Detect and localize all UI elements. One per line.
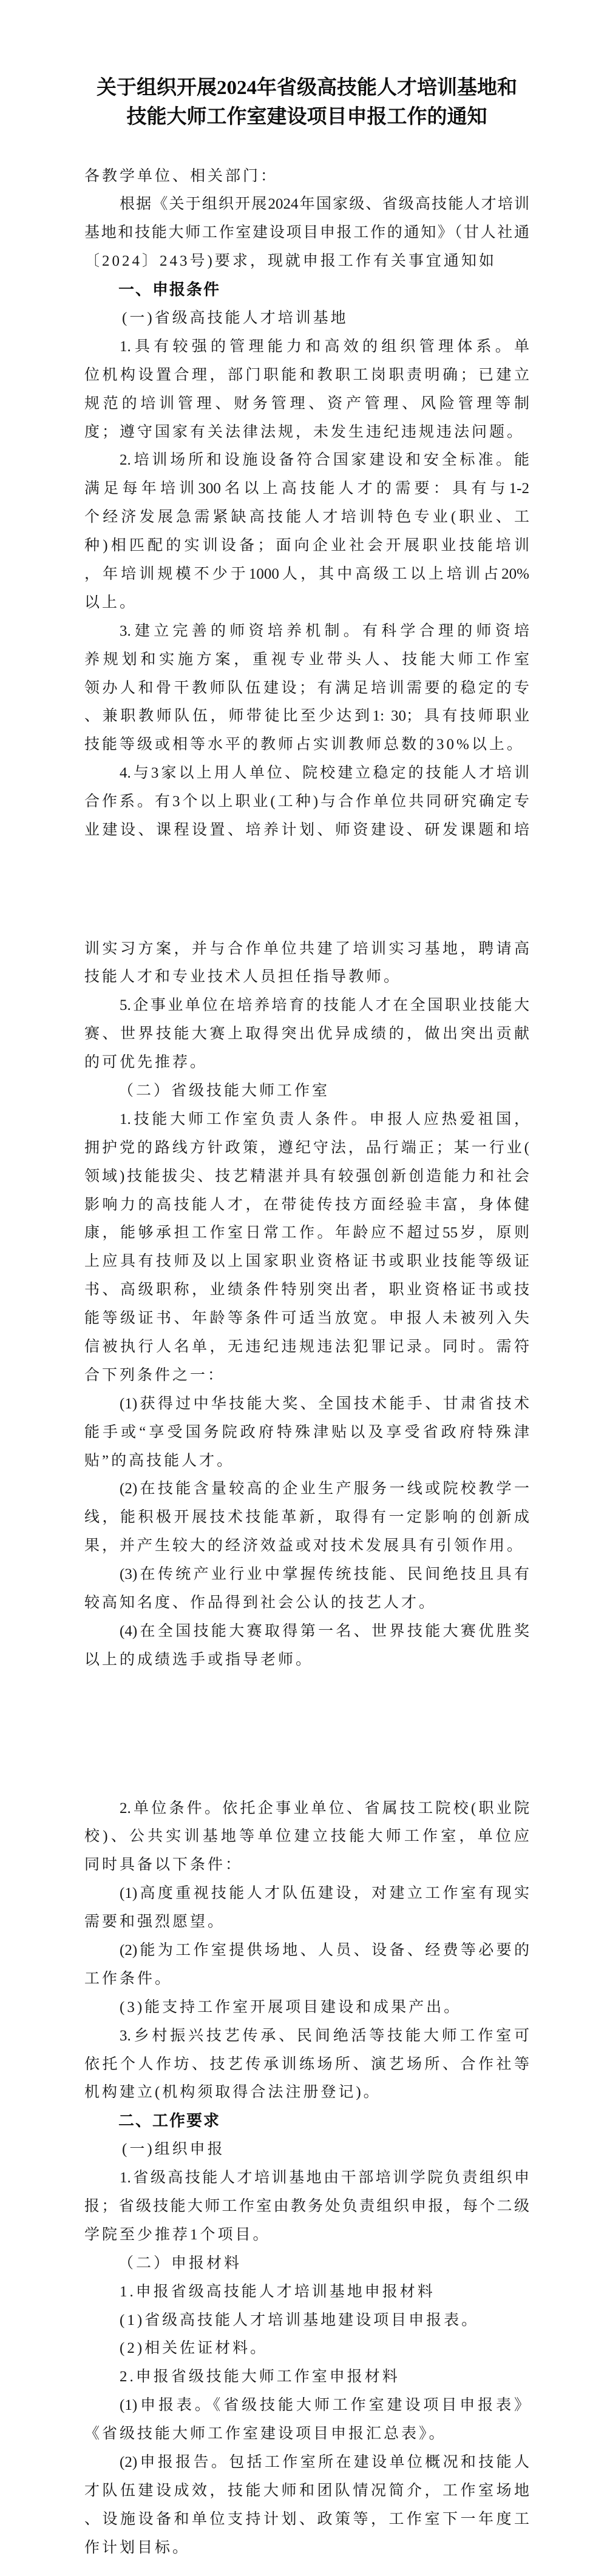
text-line: 《省级技能大师工作室建设项目申报汇总表》。: [84, 2420, 529, 2449]
document-title: 关于组织开展2024年省级高技能人才培训基地和 技能大师工作室建设项目申报工作的…: [84, 73, 529, 132]
text-line: 〔2024〕243号)要求，现就申报工作有关事宜通知如下：: [84, 247, 529, 276]
salutation: 各教学单位、相关部门：: [84, 163, 529, 191]
paragraph-continued: 训实习方案，并与合作单位共建了培训实习基地，聘请高 技能人才和专业技术人员担任指…: [84, 935, 529, 992]
text-line: 校)、公共实训基地等单位建立技能大师工作室，单位应: [84, 1823, 529, 1851]
text-line: 领域)技能拔尖、技艺精湛并具有较强创新创造能力和社会: [84, 1163, 529, 1191]
paragraph: 3.乡村振兴技艺传承、民间绝活等技能大师工作室可 依托个人作坊、技艺传承训练场所…: [84, 2022, 529, 2108]
title-line: 技能大师工作室建设项目申报工作的通知: [84, 103, 529, 132]
text-line: 能手或“享受国务院政府特殊津贴以及享受省政府特殊津: [84, 1419, 529, 1447]
paragraph: 1.技能大师工作室负责人条件。申报人应热爱祖国， 拥护党的路线方针政策，遵纪守法…: [84, 1106, 529, 1390]
subsection-heading: （二）省级技能大师工作室: [84, 1077, 529, 1106]
text-line: 度；遵守国家有关法律法规，未发生违纪违规违法问题。: [84, 419, 529, 447]
text-line: ，年培训规模不少于1000人，其中高级工以上培训占20%: [84, 560, 529, 589]
text-line: 贴”的高技能人才。: [84, 1447, 529, 1476]
page-2: 训实习方案，并与合作单位共建了培训实习基地，聘请高 技能人才和专业技术人员担任指…: [84, 935, 529, 1675]
text-line: 较高知名度、作品得到社会公认的技艺人才。: [84, 1589, 529, 1618]
condition-item: (4)在全国技能大赛取得第一名、世界技能大赛优胜奖 以上的成绩选手或指导老师。: [84, 1618, 529, 1675]
text-line: 5.企事业单位在培养培育的技能人才在全国职业技能大: [84, 992, 529, 1020]
text-line: 领办人和骨干教师队伍建设；有满足培训需要的稳定的专: [84, 674, 529, 703]
text-line: 3.乡村振兴技艺传承、民间绝活等技能大师工作室可: [84, 2022, 529, 2051]
text-line: 2.培训场所和设施设备符合国家建设和安全标准。能: [84, 446, 529, 475]
text-line: 1.技能大师工作室负责人条件。申报人应热爱祖国，: [84, 1106, 529, 1134]
text-line: 技能人才和专业技术人员担任指导教师。: [84, 963, 529, 992]
condition-item: (1)高度重视技能人才队伍建设，对建立工作室有现实 需要和强烈愿望。: [84, 1880, 529, 1937]
text-line: 训实习方案，并与合作单位共建了培训实习基地，聘请高: [84, 935, 529, 964]
document-image: 关于组织开展2024年省级高技能人才培训基地和 技能大师工作室建设项目申报工作的…: [0, 0, 607, 2576]
paragraph: 4.与3家以上用人单位、院校建立稳定的技能人才培训 合作系。有3个以上职业(工种…: [84, 759, 529, 845]
text-line: 1.具有较强的管理能力和高效的组织管理体系。单: [84, 333, 529, 362]
text-line: 以上。: [84, 589, 529, 617]
text-line: 业建设、课程设置、培养计划、师资建设、研发课题和培: [84, 816, 529, 845]
intro-paragraph: 根据《关于组织开展2024年国家级、省级高技能人才培训 基地和技能大师工作室建设…: [84, 190, 529, 276]
section-heading: 一、申报条件: [84, 276, 529, 304]
text-line: 个经济发展急需紧缺高技能人才培训特色专业(职业、工: [84, 503, 529, 532]
text-line: 合作系。有3个以上职业(工种)与合作单位共同研究确定专: [84, 788, 529, 816]
text-line: 作计划目标。: [84, 2534, 529, 2563]
text-line: (4)在全国技能大赛取得第一名、世界技能大赛优胜奖: [84, 1618, 529, 1646]
text-line: 需要和强烈愿望。: [84, 1908, 529, 1937]
text-line: 报；省级技能大师工作室由教务处负责组织申报，每个二级: [84, 2193, 529, 2221]
text-line: 种)相匹配的实训设备；面向企业社会开展职业技能培训: [84, 532, 529, 560]
text-line: (1)获得过中华技能大奖、全国技术能手、甘肃省技术: [84, 1390, 529, 1419]
text-line: 基地和技能大师工作室建设项目申报工作的通知》（甘人社通: [84, 219, 529, 247]
text-line: (2)能为工作室提供场地、人员、设备、经费等必要的: [84, 1937, 529, 1965]
text-line: 拥护党的路线方针政策，遵纪守法，品行端正；某一行业(: [84, 1134, 529, 1163]
text-line: (2)申报报告。包括工作室所在建设单位概况和技能人: [84, 2449, 529, 2477]
text-line: 技能等级或相等水平的教师占实训教师总数的30%以上。: [84, 731, 529, 759]
condition-item: (2)能为工作室提供场地、人员、设备、经费等必要的 工作条件。: [84, 1937, 529, 1994]
text-line: (1)省级高技能人才培训基地建设项目申报表。: [84, 2307, 529, 2335]
section-heading: 二、工作要求: [84, 2107, 529, 2136]
text-line: 能等级证书、年龄等条件可适当放宽。申报人未被列入失: [84, 1305, 529, 1333]
paragraph: 5.企事业单位在培养培育的技能人才在全国职业技能大 赛、世界技能大赛上取得突出优…: [84, 992, 529, 1077]
text-line: 2.单位条件。依托企事业单位、省属技工院校(职业院: [84, 1795, 529, 1823]
text-line: 合下列条件之一：: [84, 1362, 529, 1390]
text-line: 养规划和实施方案，重视专业带头人、技能大师工作室: [84, 646, 529, 674]
subsection-heading: (一)省级高技能人才培训基地: [84, 304, 529, 333]
page-1: 各教学单位、相关部门： 根据《关于组织开展2024年国家级、省级高技能人才培训 …: [84, 163, 529, 845]
text-line: 4.与3家以上用人单位、院校建立稳定的技能人才培训: [84, 759, 529, 788]
paragraph: 2.单位条件。依托企事业单位、省属技工院校(职业院 校)、公共实训基地等单位建立…: [84, 1795, 529, 1880]
material-group-title: 2.申报省级技能大师工作室申报材料: [84, 2363, 529, 2392]
text-line: 以上的成绩选手或指导老师。: [84, 1646, 529, 1675]
text-line: 机构建立(机构须取得合法注册登记)。: [84, 2079, 529, 2107]
text-line: 的可优先推荐。: [84, 1049, 529, 1077]
text-line: 、兼职教师队伍，师带徒比至少达到1: 30；具有技师职业: [84, 702, 529, 731]
title-line: 关于组织开展2024年省级高技能人才培训基地和: [84, 73, 529, 103]
text-line: 根据《关于组织开展2024年国家级、省级高技能人才培训: [84, 190, 529, 219]
text-line: 线，能积极开展技术技能革新，取得有一定影响的创新成: [84, 1504, 529, 1532]
text-line: (1)申报表。《省级技能大师工作室建设项目申报表》: [84, 2392, 529, 2420]
text-line: 学院至少推荐1个项目。: [84, 2221, 529, 2250]
condition-item: (1)获得过中华技能大奖、全国技术能手、甘肃省技术 能手或“享受国务院政府特殊津…: [84, 1390, 529, 1476]
text-line: (1)高度重视技能人才队伍建设，对建立工作室有现实: [84, 1880, 529, 1908]
paragraph: 3.建立完善的师资培养机制。有科学合理的师资培 养规划和实施方案，重视专业带头人…: [84, 617, 529, 759]
paragraph: 1.具有较强的管理能力和高效的组织管理体系。单 位机构设置合理，部门职能和教职工…: [84, 333, 529, 447]
subsection-heading: (一)组织申报: [84, 2136, 529, 2164]
text-line: 1.省级高技能人才培训基地由干部培训学院负责组织申: [84, 2164, 529, 2193]
text-line: 康，能够承担工作室日常工作。年龄应不超过55岁，原则: [84, 1219, 529, 1248]
paragraph: 1.省级高技能人才培训基地由干部培训学院负责组织申 报；省级技能大师工作室由教务…: [84, 2164, 529, 2250]
text-line: 工作条件。: [84, 1965, 529, 1994]
text-line: 3.建立完善的师资培养机制。有科学合理的师资培: [84, 617, 529, 646]
text-line: (3)在传统产业行业中掌握传统技能、民间绝技且具有: [84, 1561, 529, 1589]
text-line: (3)能支持工作室开展项目建设和成果产出。: [84, 1994, 529, 2022]
text-line: 位机构设置合理，部门职能和教职工岗职责明确；已建立: [84, 362, 529, 390]
text-line: 信被执行人名单，无违纪违规违法犯罪记录。同时。需符: [84, 1333, 529, 1362]
text-line: 书、高级职称，业绩条件特别突出者，职业资格证书或技: [84, 1276, 529, 1305]
text-line: (2)在技能含量较高的企业生产服务一线或院校教学一: [84, 1475, 529, 1504]
text-line: 赛、世界技能大赛上取得突出优异成绩的，做出突出贡献: [84, 1020, 529, 1049]
material-group: 2.申报省级技能大师工作室申报材料 (1)申报表。《省级技能大师工作室建设项目申…: [84, 2363, 529, 2562]
condition-item: (2)在技能含量较高的企业生产服务一线或院校教学一 线，能积极开展技术技能革新，…: [84, 1475, 529, 1561]
text-line: 果，并产生较大的经济效益或对技术发展具有引领作用。: [84, 1532, 529, 1561]
paragraph: 2.培训场所和设施设备符合国家建设和安全标准。能 满足每年培训300名以上高技能…: [84, 446, 529, 617]
text-line: 才队伍建设成效，技能大师和团队情况简介，工作室场地: [84, 2477, 529, 2506]
text-line: 规范的培训管理、财务管理、资产管理、风险管理等制: [84, 390, 529, 419]
text-line: 影响力的高技能人才，在带徒传技方面经验丰富，身体健: [84, 1191, 529, 1220]
text-line: 同时具备以下条件：: [84, 1851, 529, 1880]
material-group: 1.申报省级高技能人才培训基地申报材料 (1)省级高技能人才培训基地建设项目申报…: [84, 2278, 529, 2364]
text-line: 满足每年培训300名以上高技能人才的需要：具有与1-2: [84, 475, 529, 503]
material-group-title: 1.申报省级高技能人才培训基地申报材料: [84, 2278, 529, 2307]
subsection-heading: （二）申报材料: [84, 2250, 529, 2278]
text-line: (2)相关佐证材料。: [84, 2335, 529, 2363]
page-3: 2.单位条件。依托企事业单位、省属技工院校(职业院 校)、公共实训基地等单位建立…: [84, 1795, 529, 2563]
text-line: 、设施设备和单位支持计划、政策等，工作室下一年度工: [84, 2506, 529, 2534]
condition-item: (3)能支持工作室开展项目建设和成果产出。: [84, 1994, 529, 2022]
text-line: 上应具有技师及以上国家职业资格证书或职业技能等级证: [84, 1248, 529, 1276]
text-line: 依托个人作坊、技艺传承训练场所、演艺场所、合作社等: [84, 2051, 529, 2079]
condition-item: (3)在传统产业行业中掌握传统技能、民间绝技且具有 较高知名度、作品得到社会公认…: [84, 1561, 529, 1618]
